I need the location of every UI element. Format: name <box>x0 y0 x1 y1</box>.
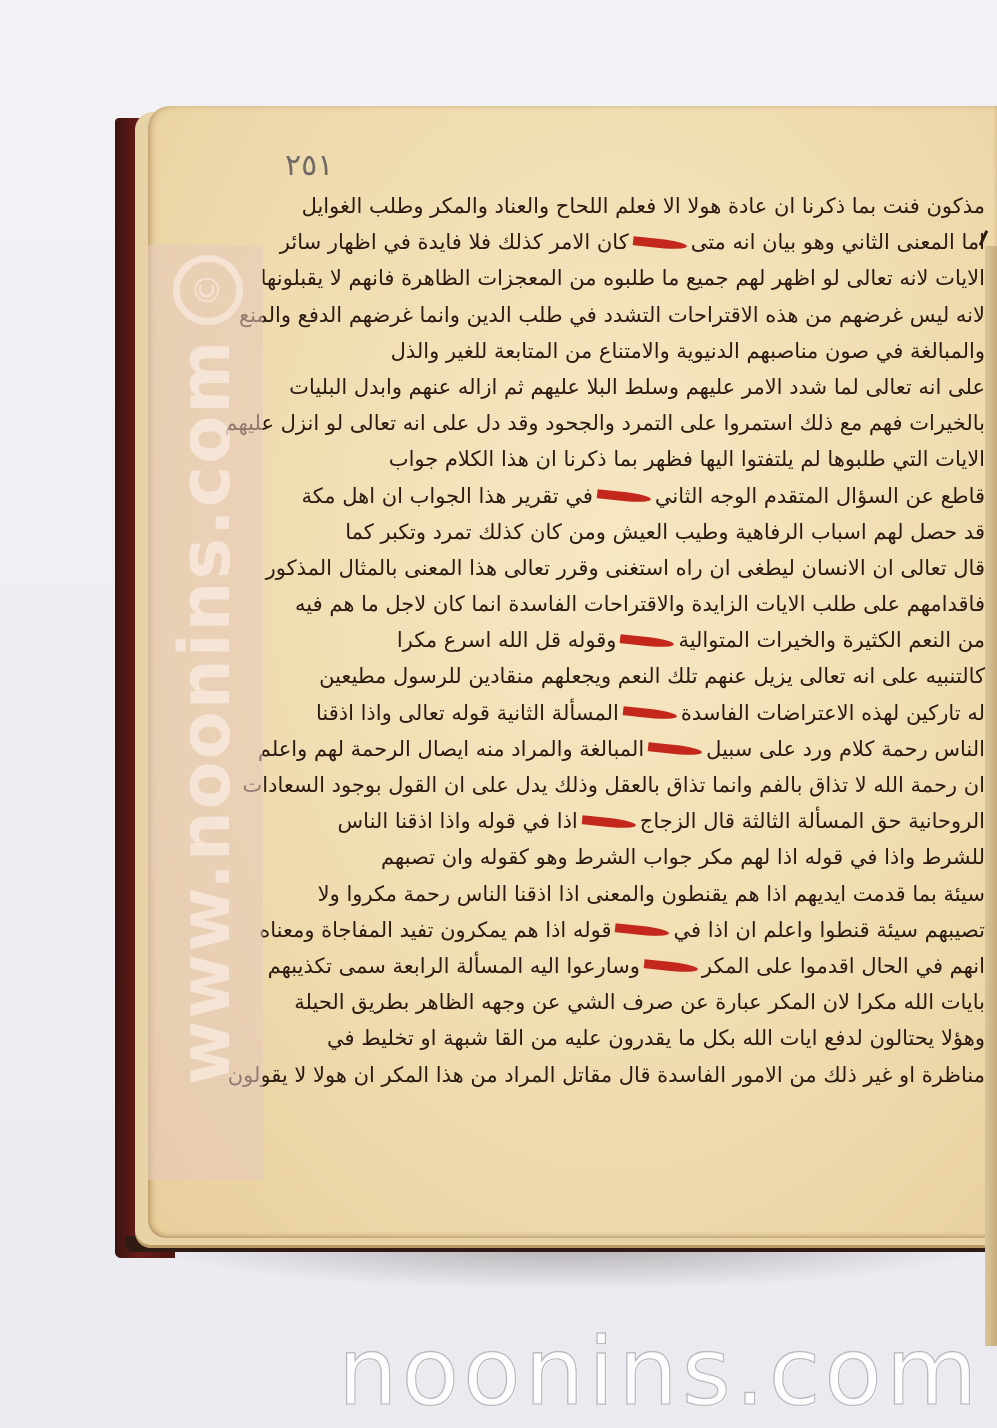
manuscript-line: الايات لانه تعالى لو اظهر لهم جميع ما طل… <box>215 260 985 296</box>
manuscript-line-text: الايات لانه تعالى لو اظهر لهم جميع ما طل… <box>261 266 985 290</box>
manuscript-line-text: في تقرير هذا الجواب ان اهل مكة <box>301 484 592 508</box>
manuscript-line-text: الروحانية حق المسألة الثالثة قال الزجاج <box>640 809 985 833</box>
manuscript-line: قال تعالى ان الانسان ليطغى ان راه استغنى… <box>215 550 985 586</box>
manuscript-line-text: وقوله قل الله اسرع مكرا <box>397 628 617 652</box>
manuscript-line: مذكون فنت بما ذكرنا ان عادة هولا الا فعل… <box>215 188 985 224</box>
manuscript-line: قاطع عن السؤال المتقدم الوجه الثانيفي تق… <box>215 478 985 514</box>
manuscript-line-text: للشرط واذا في قوله اذا لهم مكر جواب الشر… <box>381 845 985 869</box>
rubric-mark <box>648 743 703 758</box>
manuscript-line: والمبالغة في صون مناصبهم الدنيوية والامت… <box>215 333 985 369</box>
manuscript-line-text: انهم في الحال اقدموا على المكر <box>702 954 985 978</box>
manuscript-line: تصيبهم سيئة قنطوا واعلم ان اذا فيقوله اذ… <box>215 912 985 948</box>
watermark-vertical-text: www.noonins.com <box>175 245 235 1180</box>
manuscript-line: الايات التي طلبوها لم يلتفتوا اليها فظهر… <box>215 441 985 477</box>
manuscript-line-text: قاطع عن السؤال المتقدم الوجه الثاني <box>655 484 985 508</box>
rubric-mark <box>581 815 636 830</box>
manuscript-line-text: بايات الله مكرا لان المكر عبارة عن صرف ا… <box>294 990 985 1014</box>
manuscript-line: مناظرة او غير ذلك من الامور الفاسدة قال … <box>215 1057 985 1093</box>
manuscript-line-text: قد حصل لهم اسباب الرفاهية وطيب العيش ومن… <box>345 520 985 544</box>
manuscript-line-text: فاقدامهم على طلب الايات الزايدة والاقترا… <box>295 592 985 616</box>
manuscript-line-text: من النعم الكثيرة والخيرات المتوالية <box>678 628 985 652</box>
manuscript-line-text: قال تعالى ان الانسان ليطغى ان راه استغنى… <box>266 556 985 580</box>
rubric-mark <box>644 960 699 975</box>
manuscript-line-text: الناس رحمة كلام ورد على سبيل <box>706 737 985 761</box>
manuscript-line: بالخيرات فهم مع ذلك استمروا على التمرد و… <box>215 405 985 441</box>
manuscript-line-text: قوله اذا هم يمكرون تفيد المفاجاة ومعناه <box>259 918 611 942</box>
manuscript-line: الروحانية حق المسألة الثالثة قال الزجاجا… <box>215 803 985 839</box>
rubric-mark <box>620 634 675 649</box>
manuscript-line: سيئة بما قدمت ايديهم اذا هم يقنطون والمع… <box>215 876 985 912</box>
manuscript-line: فاقدامهم على طلب الايات الزايدة والاقترا… <box>215 586 985 622</box>
manuscript-line-text: المسألة الثانية قوله تعالى واذا اذقنا <box>316 701 619 725</box>
manuscript-line-text: تصيبهم سيئة قنطوا واعلم ان اذا في <box>673 918 985 942</box>
manuscript-line: انهم في الحال اقدموا على المكروسارعوا ال… <box>215 948 985 984</box>
manuscript-line-text: لانه ليس غرضهم من هذه الاقتراحات التشدد … <box>239 303 985 327</box>
manuscript-line-text: وسارعوا اليه المسألة الرابعة سمى تكذيبهم <box>268 954 640 978</box>
manuscript-line: وهؤلا يحتالون لدفع ايات الله بكل ما يقدر… <box>215 1020 985 1056</box>
manuscript-line-text: كان الامر كذلك فلا فايدة في اظهار سائر <box>280 230 629 254</box>
manuscript-line: كالتنبيه على انه تعالى يزيل عنهم تلك الن… <box>215 658 985 694</box>
manuscript-line-text: بالخيرات فهم مع ذلك استمروا على التمرد و… <box>225 411 985 435</box>
manuscript-line-text: على انه تعالى لما شدد الامر عليهم وسلط ا… <box>289 375 985 399</box>
copyright-icon: © <box>173 255 243 325</box>
manuscript-line: بايات الله مكرا لان المكر عبارة عن صرف ا… <box>215 984 985 1020</box>
manuscript-line-text: المبالغة والمراد منه ايصال الرحمة لهم وا… <box>258 737 644 761</box>
manuscript-line-text: وهؤلا يحتالون لدفع ايات الله بكل ما يقدر… <box>327 1026 985 1050</box>
manuscript-line-text: مذكون فنت بما ذكرنا ان عادة هولا الا فعل… <box>302 194 985 218</box>
manuscript-line: له تاركين لهذه الاعتراضات الفاسدةالمسألة… <box>215 695 985 731</box>
manuscript-text: مذكون فنت بما ذكرنا ان عادة هولا الا فعل… <box>215 188 985 1093</box>
manuscript-line-text: والمبالغة في صون مناصبهم الدنيوية والامت… <box>391 339 985 363</box>
manuscript-line: للشرط واذا في قوله اذا لهم مكر جواب الشر… <box>215 839 985 875</box>
manuscript-line: اما المعنى الثاني وهو بيان انه متىكان ال… <box>215 224 985 260</box>
manuscript-line: على انه تعالى لما شدد الامر عليهم وسلط ا… <box>215 369 985 405</box>
manuscript-line-text: الايات التي طلبوها لم يلتفتوا اليها فظهر… <box>389 447 985 471</box>
manuscript-line: قد حصل لهم اسباب الرفاهية وطيب العيش ومن… <box>215 514 985 550</box>
watermark-bottom-text: noonins.com <box>338 1318 997 1427</box>
page-edge <box>985 246 997 1346</box>
manuscript-line-text: اما المعنى الثاني وهو بيان انه متى <box>691 230 985 254</box>
manuscript-line-text: اذا في قوله واذا اذقنا الناس <box>338 809 578 833</box>
manuscript-line-text: ان رحمة الله لا تذاق بالفم وانما تذاق با… <box>243 773 985 797</box>
manuscript-line: ان رحمة الله لا تذاق بالفم وانما تذاق با… <box>215 767 985 803</box>
rubric-mark <box>632 236 687 251</box>
folio-number: ٢٥١ <box>285 148 333 183</box>
manuscript-line-text: له تاركين لهذه الاعتراضات الفاسدة <box>681 701 985 725</box>
manuscript-line: لانه ليس غرضهم من هذه الاقتراحات التشدد … <box>215 297 985 333</box>
manuscript-line-text: سيئة بما قدمت ايديهم اذا هم يقنطون والمع… <box>318 882 985 906</box>
rubric-mark <box>615 923 670 938</box>
manuscript-line: الناس رحمة كلام ورد على سبيلالمبالغة وال… <box>215 731 985 767</box>
manuscript-line: من النعم الكثيرة والخيرات المتواليةوقوله… <box>215 622 985 658</box>
rubric-mark <box>623 706 678 721</box>
manuscript-line-text: كالتنبيه على انه تعالى يزيل عنهم تلك الن… <box>319 664 985 688</box>
manuscript-line-text: مناظرة او غير ذلك من الامور الفاسدة قال … <box>228 1063 985 1087</box>
rubric-mark <box>597 489 652 504</box>
